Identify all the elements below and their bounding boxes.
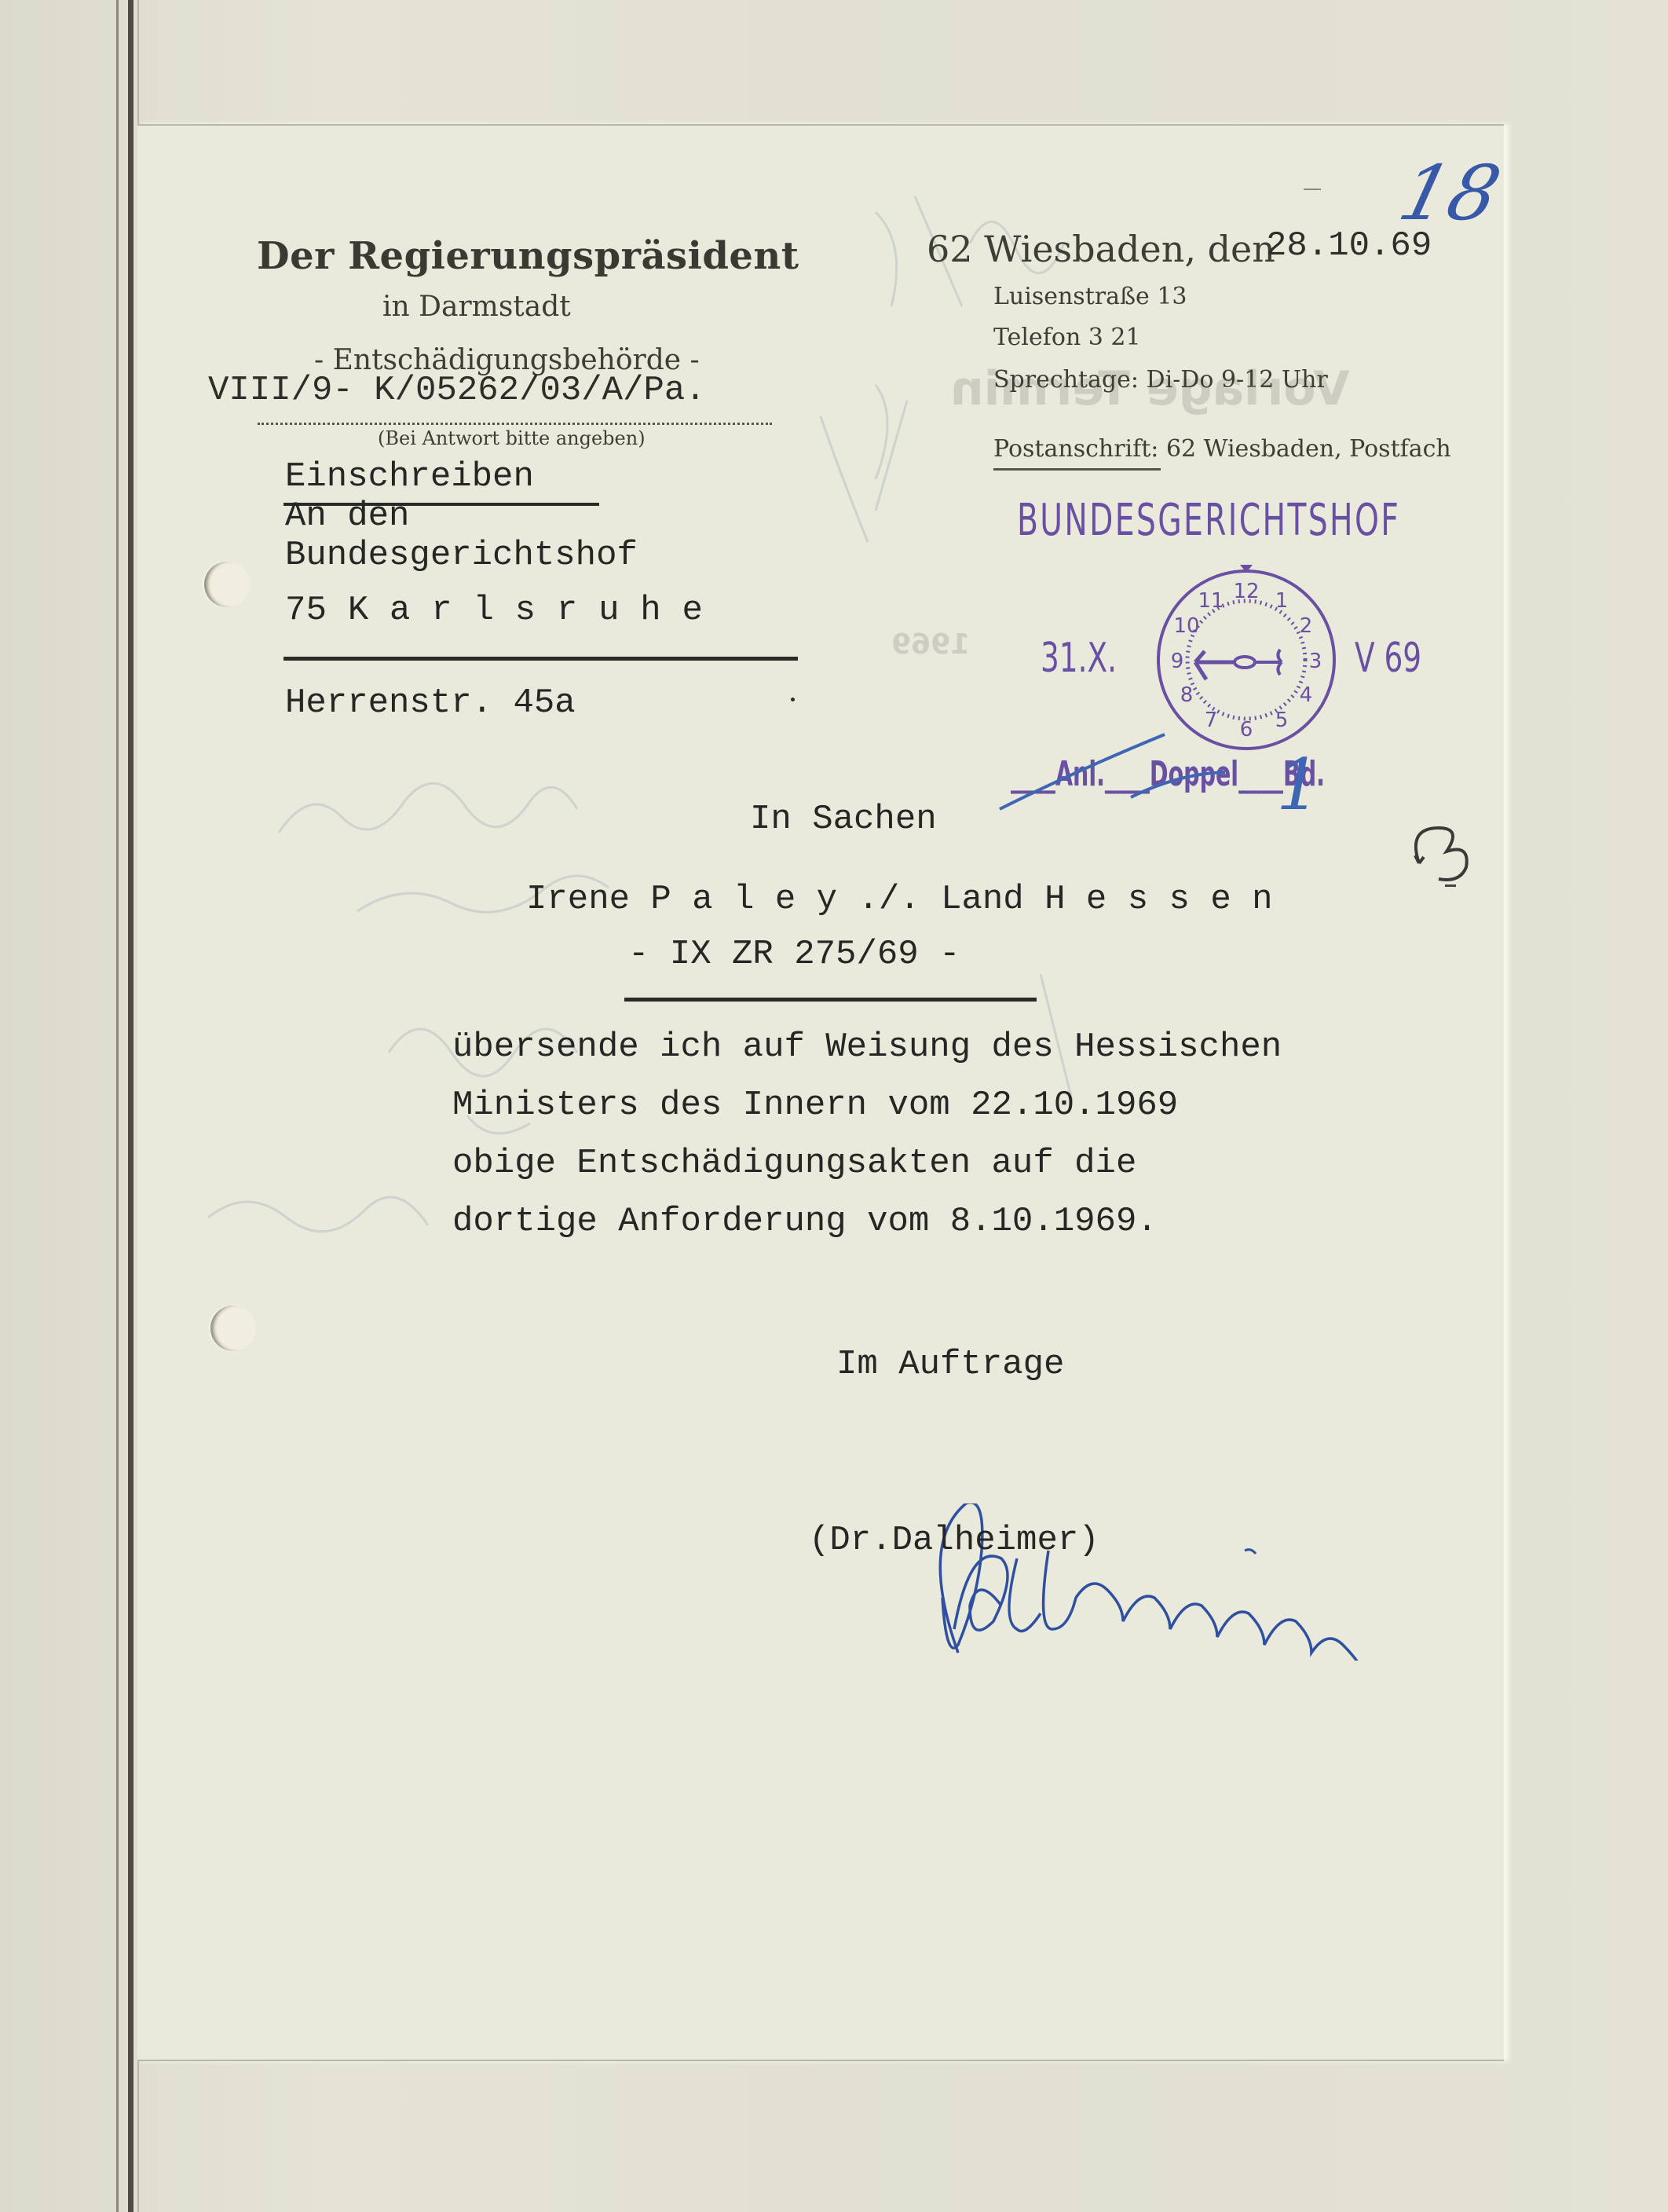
handwritten-initial	[1394, 801, 1480, 905]
closing-phrase: Im Auftrage	[836, 1345, 1064, 1384]
handwritten-signature	[915, 1489, 1449, 1679]
case-parties: Irene P a l e y ./. Land H e s s e n	[526, 880, 1273, 919]
body-line: obige Entschädigungsakten auf die	[452, 1144, 1136, 1183]
body-line: dortige Anforderung vom 8.10.1969.	[452, 1202, 1158, 1241]
stray-mark	[1445, 884, 1456, 887]
case-intro: In Sachen	[750, 800, 937, 839]
case-number: - IX ZR 275/69 -	[628, 935, 960, 974]
body-line: Ministers des Innern vom 22.10.1969	[452, 1086, 1178, 1125]
letter-page: Vorlage Termin 1969 18 Der Regierungsprä…	[137, 124, 1504, 2061]
signatory-name: (Dr.Dalheimer)	[809, 1521, 1099, 1560]
binder-spine	[128, 0, 134, 2212]
handwritten-volume-count: 1	[1276, 744, 1321, 826]
case-number-underline	[624, 998, 1037, 1002]
binder-edge	[116, 0, 119, 2212]
body-line: übersende ich auf Weisung des Hessischen	[452, 1027, 1282, 1067]
